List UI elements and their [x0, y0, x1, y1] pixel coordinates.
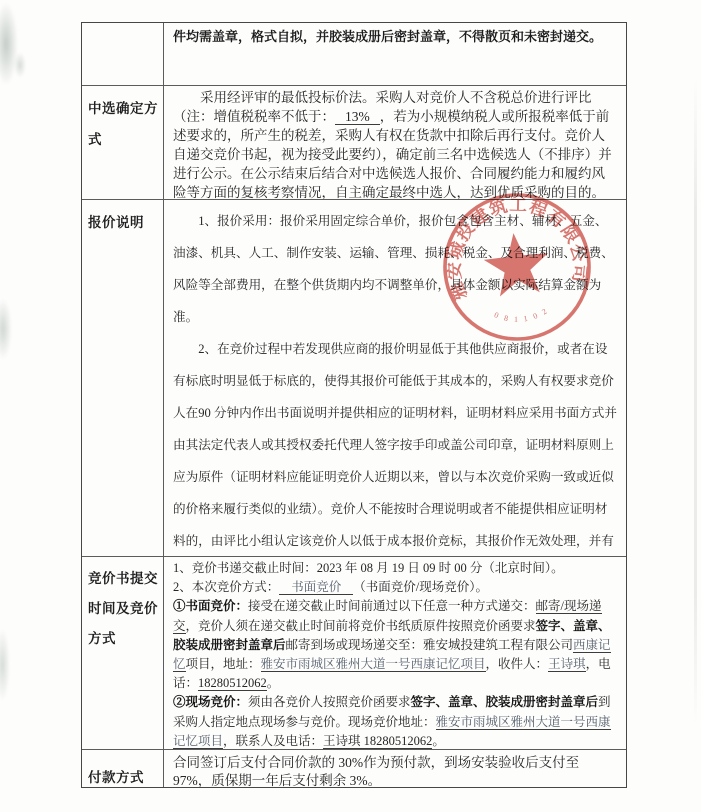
- row-quotation-notes: 1、报价采用：报价采用固定综合单价，报价包含包含主材、辅材、五金、油漆、机具、人…: [164, 200, 626, 557]
- written-bid-paragraph: ①书面竞价：接受在递交截止时间前通过以下任意一种方式递交：邮寄/现场递交，竞价人…: [173, 597, 618, 693]
- deadline-line: 1、竞价书递交截止时间：2023 年 08 月 19 日 09 时 00 分（北…: [173, 559, 618, 578]
- text-segment: 签字、盖章、胶装成册密封盖章后: [411, 695, 599, 709]
- tax-rate-value: 13%: [335, 109, 380, 125]
- recipient-name: 王诗琪: [548, 657, 586, 672]
- scan-smudge: [0, 298, 12, 360]
- text-segment: 2、本次竞价方式：: [173, 580, 279, 594]
- paragraph: 1、报价采用：报价采用固定综合单价，报价包含包含主材、辅材、五金、油漆、机具、人…: [173, 205, 618, 333]
- row-header-selection-method: 中选确定方式: [82, 86, 164, 200]
- text-segment: ①书面竞价：: [173, 599, 248, 613]
- bid-method-value: 书面竞价: [279, 580, 353, 595]
- row-submission: 1、竞价书递交截止时间：2023 年 08 月 19 日 09 时 00 分（北…: [164, 557, 626, 750]
- text-segment: ，竞价人须在递交截止时间前将竞价书纸质原件按照竞价函要求: [186, 619, 536, 633]
- row-payment: 合同签订后支付合同价款的 30%作为预付款，到场安装验收后支付至 97%，质保期…: [164, 750, 626, 787]
- document-table: 件均需盖章，格式自拟，并胶装成册后密封盖章，不得散页和未密封递交。 中选确定方式…: [81, 22, 627, 788]
- text-segment: ，联系人及电话：: [223, 734, 323, 748]
- row-header-quotation-notes: 报价说明: [82, 200, 164, 557]
- text-segment: 。: [267, 676, 280, 690]
- phone-number: 18280512062: [198, 676, 267, 691]
- paragraph: 2、在竞价过程中若发现供应商的报价明显低于其他供应商报价，或者在设有标底时明显低…: [173, 333, 618, 557]
- row-selection-method: 采用经评审的最低投标价法。采购人对竞价人不含税总价进行评比（注：增值税税率不低于…: [164, 86, 626, 200]
- contact-name-phone: 王诗琪 18280512062: [323, 734, 432, 749]
- onsite-bid-paragraph: ②现场竞价：须由各竞价人按照竞价函要求签字、盖章、胶装成册密封盖章后到采购人指定…: [173, 693, 618, 750]
- text-segment: 须由各竞价人按照竞价函要求: [248, 695, 411, 709]
- scan-edge-shadow: [694, 78, 697, 726]
- scan-smudge: [0, 628, 10, 702]
- address-value: 雅安市雨城区雅州大道一号西康记忆项目: [261, 657, 486, 672]
- scan-smudge: [0, 2, 18, 86]
- row-header-empty: [82, 23, 164, 86]
- scanned-document-page: 件均需盖章，格式自拟，并胶装成册后密封盖章，不得散页和未密封递交。 中选确定方式…: [0, 0, 701, 812]
- paragraph: 合同签订后支付合同价款的 30%作为预付款，到场安装验收后支付至 97%，质保期…: [173, 754, 618, 787]
- text-segment: 。: [432, 734, 445, 748]
- text-segment: 接受在递交截止时间前通过以下任意一种方式递交：: [248, 599, 536, 613]
- text-segment: ②现场竞价：: [173, 695, 248, 709]
- text-segment: 项目，地址：: [186, 657, 261, 671]
- row-header-payment: 付款方式: [82, 750, 164, 787]
- paragraph: 采用经评审的最低投标价法。采购人对竞价人不含税总价进行评比（注：增值税税率不低于…: [173, 88, 618, 200]
- text-segment: （书面竞价/现场竞价）。: [353, 580, 488, 594]
- scan-smudge: [14, 52, 26, 78]
- paragraph: 件均需盖章，格式自拟，并胶装成册后密封盖章，不得散页和未密封递交。: [173, 28, 618, 46]
- text-segment: 邮寄到场或现场递交至：雅安城投建筑工程有限公司: [286, 638, 574, 652]
- bid-method-line: 2、本次竞价方式：书面竞价（书面竞价/现场竞价）。: [173, 578, 618, 597]
- row-seal-requirement: 件均需盖章，格式自拟，并胶装成册后密封盖章，不得散页和未密封递交。: [164, 23, 626, 86]
- text-segment: ，收件人：: [486, 657, 549, 671]
- row-header-submission: 竞价书提交时间及竞价方式: [82, 557, 164, 750]
